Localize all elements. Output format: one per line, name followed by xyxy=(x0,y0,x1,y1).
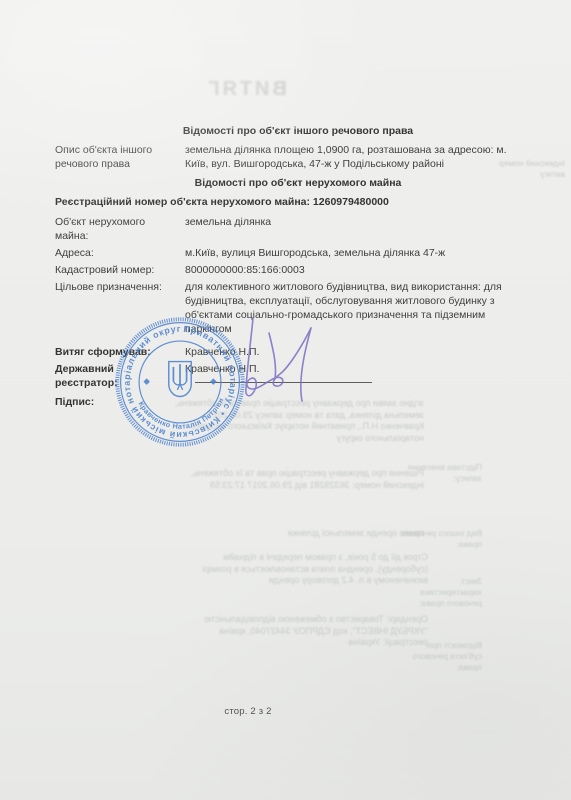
field-value: 8000000000:85:166:0003 xyxy=(185,263,515,277)
bleed-through-text: Строк дії до 5 років, з правом передачі … xyxy=(172,552,428,587)
bleed-through-title: ВИТЯГ xyxy=(200,84,292,96)
field-label: Опис об'єкта іншого речового права xyxy=(55,143,167,171)
field-label: Кадастровий номер: xyxy=(55,263,167,277)
field-value: земельна ділянка xyxy=(185,215,515,229)
section-title-property: Відомості про об'єкт нерухомого майна xyxy=(55,176,541,190)
page-indicator: стор. 2 з 2 xyxy=(0,706,496,717)
handwritten-signature xyxy=(225,305,325,415)
bleed-through-text: Відомості про суб'єкта речового права: xyxy=(396,640,482,673)
bleed-through-text: Зміст, характеристика речового права: xyxy=(396,576,482,609)
field-label: Об'єкт нерухомого майна: xyxy=(55,215,167,243)
registration-number-line: Реєстраційний номер об'єкта нерухомого м… xyxy=(55,195,541,209)
bleed-through-text: Рішення про державну реєстрацію прав та … xyxy=(172,468,424,491)
field-label: Цільове призначення: xyxy=(55,280,167,294)
field-row: Кадастровий номер: 8000000000:85:166:000… xyxy=(55,263,541,277)
field-value: земельна ділянка площею 1,0900 га, розта… xyxy=(185,143,515,171)
bleed-through-text: Підстава внесення запису: xyxy=(396,462,482,484)
scanned-document-page: ВИТЯГ Індексний номер витягу згідно заяв… xyxy=(0,0,571,800)
field-row: Адреса: м.Київ, вулиця Вишгородська, зем… xyxy=(55,246,541,260)
section-title-other-right: Відомості про об'єкт іншого речового пра… xyxy=(55,124,541,138)
bleed-through-text: Орендарі: Товариство з обмеженою відпові… xyxy=(172,614,428,649)
field-row: Об'єкт нерухомого майна: земельна ділянк… xyxy=(55,215,541,243)
field-label: Адреса: xyxy=(55,246,167,260)
bleed-through-text: Вид іншого речового права: xyxy=(396,528,482,550)
field-row: Опис об'єкта іншого речового права земел… xyxy=(55,143,541,171)
field-value: м.Київ, вулиця Вишгородська, земельна ді… xyxy=(185,246,515,260)
bleed-through-text: право оренди земельної ділянки xyxy=(172,528,424,540)
